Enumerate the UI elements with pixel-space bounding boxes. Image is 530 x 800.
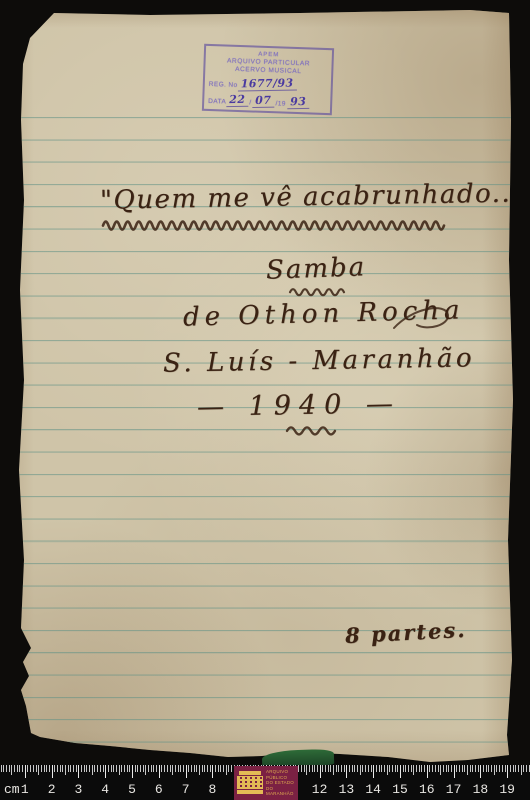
ruler-tick [523,765,524,772]
ruler-tick [389,765,390,772]
ruler-tick [68,765,69,772]
ruler-tick [424,765,425,772]
ruler-tick [103,765,104,772]
title-underline-squiggle [102,219,447,232]
ruler-tick [132,765,133,778]
ruler-tick [167,765,168,772]
ruler-tick [215,765,216,772]
ruler-tick [526,765,527,772]
ruler-tick [451,765,452,772]
ruler-tick [330,765,331,772]
stamp-date-sep2: /19 [274,100,287,108]
ruler-tick [100,765,101,772]
ruler-tick [57,765,58,772]
ruler-tick [62,765,63,772]
stamp-reg-row: REG. No 1677/93 [209,76,327,93]
ruler-number: 3 [74,782,82,797]
ruler-tick [336,765,337,772]
ruler-tick [180,765,181,772]
stamp-reg-value: 1677/93 [238,77,297,91]
archive-logo: ARQUIVO PÚBLICO DO ESTADO DO MARANHÃO [234,766,298,800]
ruler-tick [119,765,120,775]
ruler-tick [480,765,481,778]
ruler-tick [320,765,321,778]
logo-line: DO ESTADO [266,780,295,786]
ruler-number: 1 [21,782,29,797]
year-line: — 1940 — [197,390,401,421]
ruler-tick [113,765,114,772]
genre-label: Samba [266,254,367,283]
ruler-tick [17,765,18,772]
genre-underline-squiggle [289,287,347,297]
manuscript-paper: APEM ARQUIVO PARTICULAR ACERVO MUSICAL R… [0,0,530,800]
ruler-tick [368,765,369,772]
ruler-tick [212,765,213,778]
ruler-tick [129,765,130,772]
ruler-tick [317,765,318,772]
ruler-tick [304,765,305,772]
ruler-number: 4 [101,782,109,797]
ruler-tick [346,765,347,778]
ruler-tick [416,765,417,772]
building-icon [237,771,263,795]
ruler-tick [384,765,385,772]
ruler-tick [202,765,203,772]
ruler-tick [73,765,74,772]
ruler-tick [105,765,106,778]
ruler-number: 8 [208,782,216,797]
ruler-tick [108,765,109,772]
ruler-tick [459,765,460,772]
ruler-tick [14,765,15,772]
ruler-tick [143,765,144,772]
location-line: S. Luís - Maranhão [163,345,476,376]
ruler-tick [172,765,173,775]
ruler-tick [491,765,492,772]
ruler-tick [467,765,468,775]
ruler-tick [494,765,495,775]
archive-logo-text: ARQUIVO PÚBLICO DO ESTADO DO MARANHÃO [266,769,295,797]
ruler-tick [421,765,422,772]
ruler-tick [338,765,339,772]
ruler-tick [49,765,50,772]
ruler-tick [194,765,195,772]
ruler-number: 13 [339,782,355,797]
ruler-number: 15 [392,782,408,797]
ruler-tick [371,765,372,772]
ruler-tick [515,765,516,772]
ruler-tick [161,765,162,772]
ruler-tick [432,765,433,772]
ruler-tick [365,765,366,772]
ruler-tick [78,765,79,778]
ruler-tick [38,765,39,775]
ruler-tick [443,765,444,772]
scanned-manuscript-page: APEM ARQUIVO PARTICULAR ACERVO MUSICAL R… [0,0,530,800]
ruler-tick [76,765,77,772]
ruler-tick [454,765,455,778]
ruler-tick [81,765,82,772]
ruler-tick [210,765,211,772]
ruler-tick [376,765,377,772]
ruler-tick [11,765,12,775]
ruler-number: 2 [48,782,56,797]
ruler-number: 17 [446,782,462,797]
ruler-tick [521,765,522,775]
ruler-tick [341,765,342,772]
ruler-tick [231,765,232,772]
ruler-tick [145,765,146,775]
ruler-tick [397,765,398,772]
ruler-tick [89,765,90,772]
ruler-tick [352,765,353,772]
ruler-number: 7 [182,782,190,797]
ruler-tick [86,765,87,772]
ruler-tick [175,765,176,772]
ruler-tick [362,765,363,772]
ruler-number: 14 [365,782,381,797]
ruler-tick [70,765,71,772]
ruler-tick [121,765,122,772]
ruler-tick [54,765,55,772]
ruler-tick [33,765,34,772]
ruler-tick [325,765,326,772]
ruler-tick [312,765,313,772]
ruler-tick [405,765,406,772]
stamp-date-row: DATA 22 / 07 /19 93 [208,93,326,110]
ruler-tick [44,765,45,772]
ruler-tick [92,765,93,775]
ruler-tick [116,765,117,772]
ruler-tick [360,765,361,775]
ruler-tick [159,765,160,778]
ruler-tick [148,765,149,772]
archive-stamp: APEM ARQUIVO PARTICULAR ACERVO MUSICAL R… [202,44,334,115]
ruler-tick [218,765,219,772]
ruler-tick [52,765,53,778]
ruler-tick [403,765,404,772]
ruler-tick [513,765,514,772]
building-roof [239,771,261,775]
parts-note: 8 partes. [345,619,467,646]
ruler-tick [3,765,4,772]
stamp-date-label: DATA [208,98,226,107]
song-title: "Quem me vê acabrunhado..." [100,180,530,214]
ruler-tick [178,765,179,772]
ruler-tick [344,765,345,772]
ruler-tick [322,765,323,772]
ruler-tick [135,765,136,772]
ruler-tick [357,765,358,772]
ruler-tick [448,765,449,772]
ruler-tick [429,765,430,772]
ruler-tick [419,765,420,772]
ruler-tick [94,765,95,772]
ruler-tick [186,765,187,778]
ruler-tick [207,765,208,772]
ruler-tick [381,765,382,772]
ruler-tick [46,765,47,772]
ruler-tick [464,765,465,772]
ruler-tick [478,765,479,772]
ruler-tick [170,765,171,772]
ruler-tick [413,765,414,775]
ruler-tick [306,765,307,775]
ruler-tick [140,765,141,772]
ruler-tick [9,765,10,772]
ruler-tick [373,765,374,778]
ruler-tick [488,765,489,772]
ruler-tick [486,765,487,772]
ruler-tick [435,765,436,772]
ruler-tick [65,765,66,775]
ruler-tick [411,765,412,772]
ruler-tick [97,765,98,772]
ruler-number: 5 [128,782,136,797]
author-flourish [392,300,454,338]
ruler-tick [153,765,154,772]
ruler-unit-label: cm [4,782,20,797]
ruler-tick [6,765,7,772]
ruler-tick [226,765,227,775]
ruler-tick [27,765,28,772]
ruler-tick [188,765,189,772]
ruler-number: 19 [499,782,515,797]
ruler-tick [446,765,447,772]
ruler-tick [84,765,85,772]
ruler-tick [204,765,205,772]
ruler-number: 16 [419,782,435,797]
ruler-tick [19,765,20,772]
ruler-tick [301,765,302,772]
ruler-tick [220,765,221,772]
ruler-tick [151,765,152,772]
ruler-tick [183,765,184,772]
ruler-tick [400,765,401,778]
logo-line: DO MARANHÃO [266,786,295,797]
stamp-reg-label: REG. No [209,81,238,90]
ruler-tick [496,765,497,772]
ruler-tick [499,765,500,772]
ruler-tick [223,765,224,772]
ruler-tick [309,765,310,772]
ruler-tick [36,765,37,772]
ruler-tick [529,765,530,772]
ruler-tick [199,765,200,775]
ruler-tick [395,765,396,772]
ruler-tick [127,765,128,772]
ruler-tick [505,765,506,772]
ruler-tick [25,765,26,778]
building-walls [237,776,263,789]
ruler-tick [60,765,61,772]
ruler-tick [510,765,511,772]
ruler-tick [22,765,23,772]
ruler-tick [349,765,350,772]
ruler-number: 18 [473,782,489,797]
ruler-tick [354,765,355,772]
ruler-tick [483,765,484,772]
ruler-tick [518,765,519,772]
ruler-tick [191,765,192,772]
ruler-tick [507,765,508,778]
ruler-number: 6 [155,782,163,797]
measurement-ruler: cm 123456781213141516171819 ARQUIVO PÚBL… [0,765,530,800]
stamp-date-month: 07 [252,95,274,108]
year-underline-squiggle [286,425,336,437]
ruler-tick [387,765,388,775]
ruler-tick [440,765,441,775]
ruler-tick [379,765,380,772]
ruler-tick [137,765,138,772]
ruler-tick [196,765,197,772]
ruler-tick [472,765,473,772]
ruler-tick [456,765,457,772]
ruler-tick [298,765,299,772]
ruler-tick [41,765,42,772]
ruler-tick [475,765,476,772]
ruler-tick [462,765,463,772]
ruler-tick [1,765,2,772]
ruler-tick [333,765,334,775]
ruler-tick [30,765,31,772]
ruler-tick [392,765,393,772]
ruler-tick [156,765,157,772]
building-base [237,790,263,794]
ruler-tick [228,765,229,772]
ruler-tick [502,765,503,772]
ruler-tick [470,765,471,772]
ruler-tick [328,765,329,772]
stamp-date-day: 22 [226,94,248,107]
ruler-tick [438,765,439,772]
ruler-tick [164,765,165,772]
ruler-tick [427,765,428,778]
ruler-number: 12 [312,782,328,797]
ruler-tick [111,765,112,772]
ruler-tick [124,765,125,772]
stamp-date-year: 93 [287,96,309,109]
ruler-tick [408,765,409,772]
ruler-tick [314,765,315,772]
